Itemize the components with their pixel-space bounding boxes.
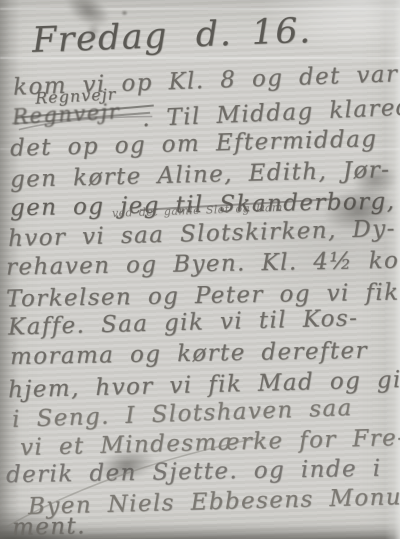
diary-page-photo: Fredag d. 16. kom vi op Kl. 8 og det var… — [0, 0, 400, 539]
handwriting-line: hvor vi saa Slotskirken, Dy- — [8, 216, 396, 252]
handwriting-line: derik den Sjette. og inde i — [6, 456, 382, 489]
pencil-dot — [121, 10, 128, 16]
handwriting-line: morama og kørte derefter — [10, 338, 368, 370]
handwriting-line: ment. — [12, 513, 86, 539]
entry-date-heading: Fredag d. 16. — [31, 11, 312, 61]
heading-day: Fredag — [31, 16, 168, 61]
paper-crease — [0, 8, 400, 10]
heading-date: d. 16. — [195, 11, 312, 55]
handwriting-line: gen kørte Aline, Edith, Jør- — [10, 157, 391, 193]
handwriting-line: rehaven og Byen. Kl. 4½ kom — [6, 247, 400, 280]
